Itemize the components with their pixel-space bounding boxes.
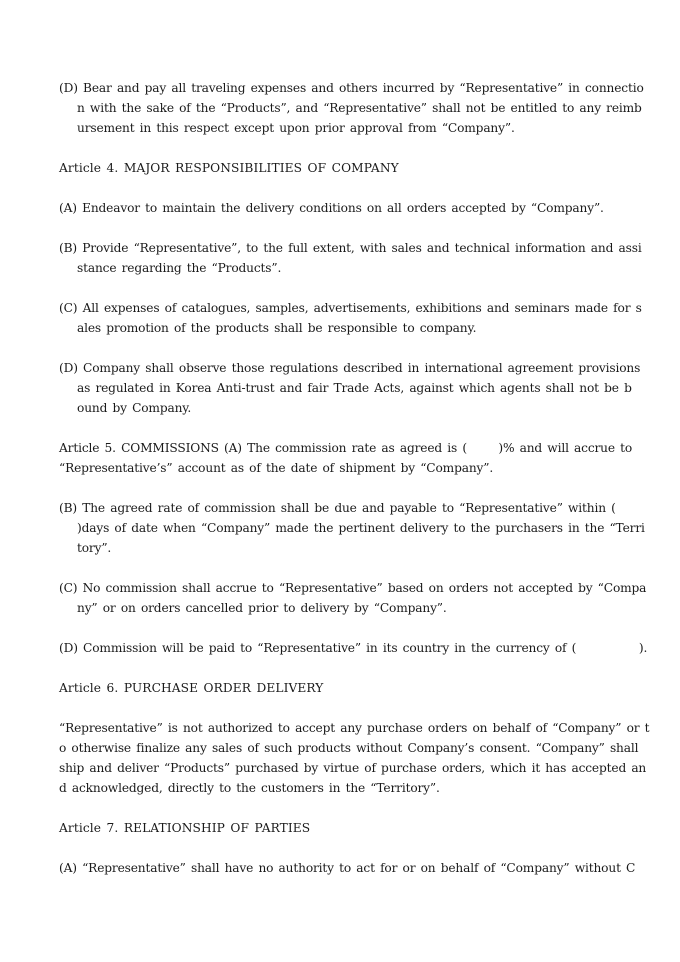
- text-line: ship and deliver “Products” purchased by…: [59, 758, 619, 778]
- paragraph-article-5-a: Article 5. COMMISSIONS (A) The commissio…: [59, 438, 619, 478]
- text-line: (D) Company shall observe those regulati…: [59, 358, 619, 378]
- clause-art4-b: (B) Provide “Representative”, to the ful…: [59, 238, 619, 278]
- text-line: (B) The agreed rate of commission shall …: [59, 498, 619, 518]
- text-line: (C) All expenses of catalogues, samples,…: [59, 298, 619, 318]
- text-line: ursement in this respect except upon pri…: [59, 118, 619, 138]
- text-line: tory”.: [59, 538, 619, 558]
- heading-article-4: Article 4. MAJOR RESPONSIBILITIES OF COM…: [59, 158, 619, 178]
- text-line: stance regarding the “Products”.: [59, 258, 619, 278]
- clause-art4-d: (D) Company shall observe those regulati…: [59, 358, 619, 418]
- text-line: (D) Bear and pay all traveling expenses …: [59, 78, 619, 98]
- section-heading: Article 7. RELATIONSHIP OF PARTIES: [59, 818, 619, 838]
- text-line: (A) Endeavor to maintain the delivery co…: [59, 198, 619, 218]
- text-line: (D) Commission will be paid to “Represen…: [59, 638, 619, 658]
- text-line: d acknowledged, directly to the customer…: [59, 778, 619, 798]
- text-line: ound by Company.: [59, 398, 619, 418]
- text-line: (B) Provide “Representative”, to the ful…: [59, 238, 619, 258]
- text-line: (A) “Representative” shall have no autho…: [59, 858, 619, 878]
- text-line: as regulated in Korea Anti-trust and fai…: [59, 378, 619, 398]
- text-line: Article 5. COMMISSIONS (A) The commissio…: [59, 438, 619, 458]
- text-line: ny” or on orders cancelled prior to deli…: [59, 598, 619, 618]
- heading-article-7: Article 7. RELATIONSHIP OF PARTIES: [59, 818, 619, 838]
- clause-art5-b: (B) The agreed rate of commission shall …: [59, 498, 619, 558]
- clause-art5-d: (D) Commission will be paid to “Represen…: [59, 638, 619, 658]
- text-line: o otherwise finalize any sales of such p…: [59, 738, 619, 758]
- clause-art7-a: (A) “Representative” shall have no autho…: [59, 858, 619, 878]
- section-heading: Article 6. PURCHASE ORDER DELIVERY: [59, 678, 619, 698]
- text-line: n with the sake of the “Products”, and “…: [59, 98, 619, 118]
- text-line: ales promotion of the products shall be …: [59, 318, 619, 338]
- clause-art4-c: (C) All expenses of catalogues, samples,…: [59, 298, 619, 338]
- heading-article-6: Article 6. PURCHASE ORDER DELIVERY: [59, 678, 619, 698]
- clause-art4-a: (A) Endeavor to maintain the delivery co…: [59, 198, 619, 218]
- text-line: (C) No commission shall accrue to “Repre…: [59, 578, 619, 598]
- clause-art5-c: (C) No commission shall accrue to “Repre…: [59, 578, 619, 618]
- section-heading: Article 4. MAJOR RESPONSIBILITIES OF COM…: [59, 158, 619, 178]
- text-line: )days of date when “Company” made the pe…: [59, 518, 619, 538]
- text-line: “Representative” is not authorized to ac…: [59, 718, 619, 738]
- text-line: “Representative’s” account as of the dat…: [59, 458, 619, 478]
- document-page: (D) Bear and pay all traveling expenses …: [59, 78, 619, 898]
- paragraph-art6-body: “Representative” is not authorized to ac…: [59, 718, 619, 798]
- clause-art3-d: (D) Bear and pay all traveling expenses …: [59, 78, 619, 138]
